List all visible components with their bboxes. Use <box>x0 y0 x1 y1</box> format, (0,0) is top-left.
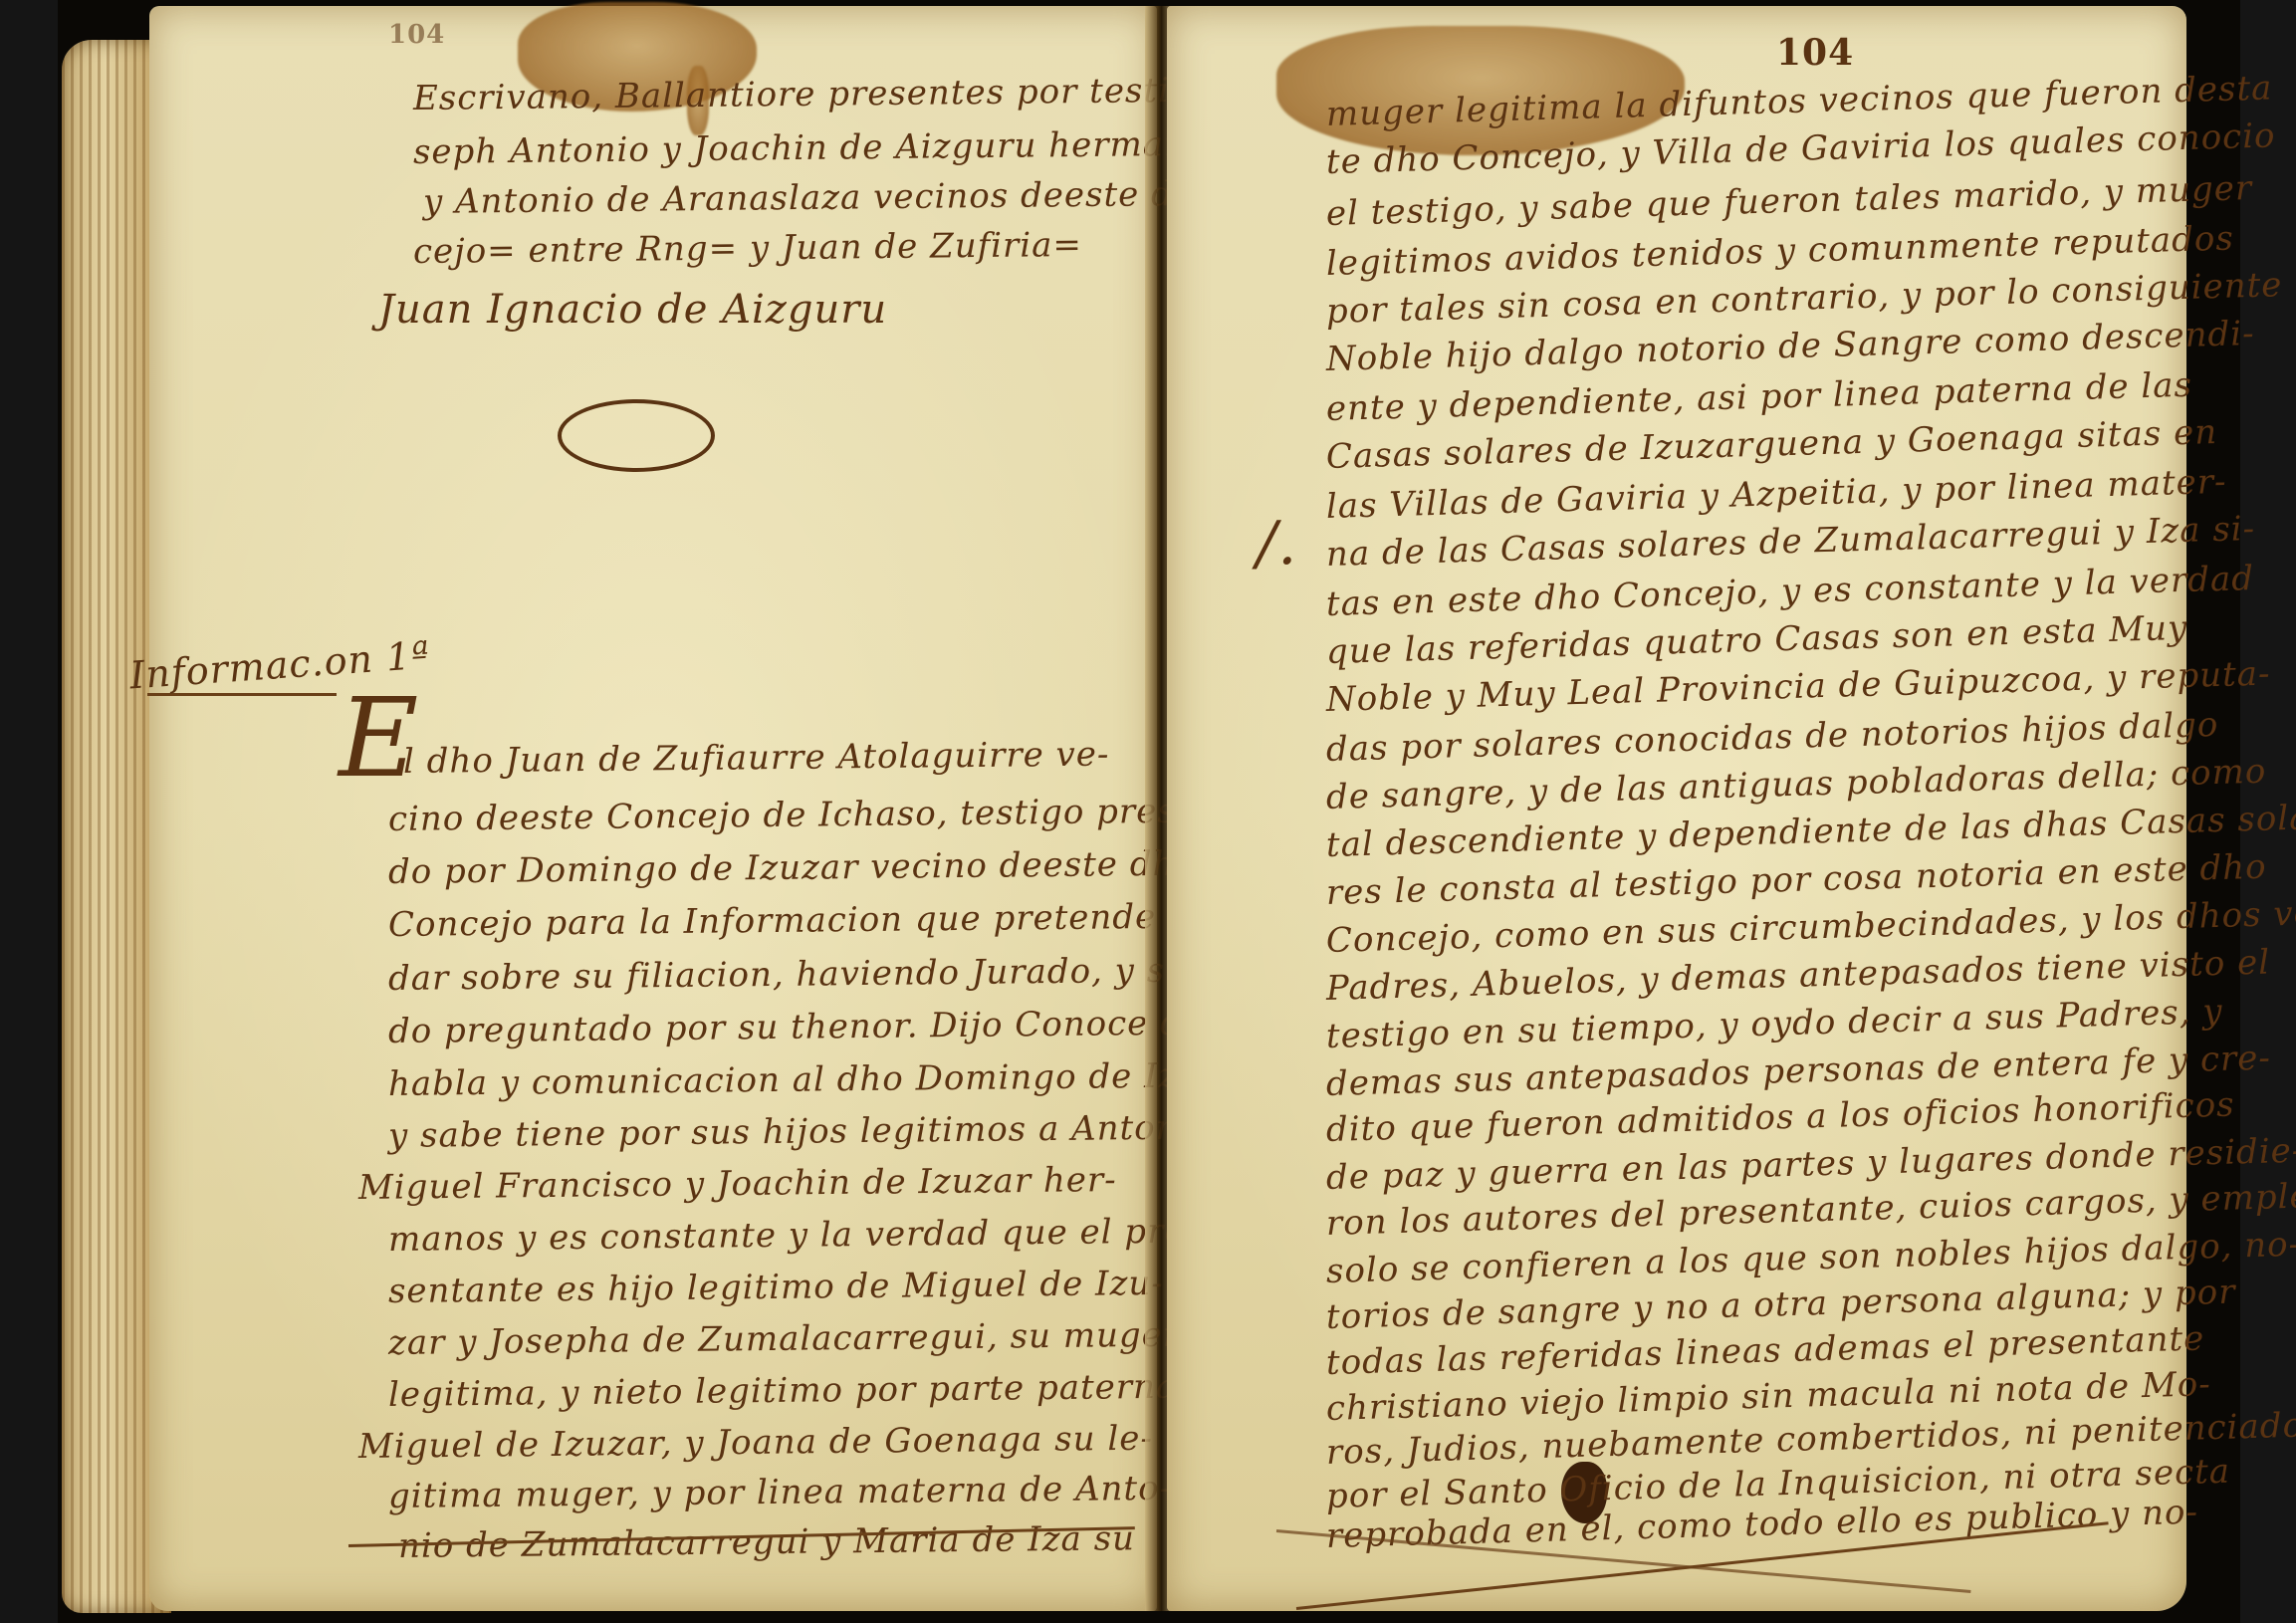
text-line: gitima muger, y por linea materna de Ant… <box>388 1472 1172 1513</box>
text-line: manos y es constante y la verdad que el … <box>388 1214 1198 1257</box>
text-line: do por Domingo de Izuzar vecino deeste d… <box>388 846 1197 889</box>
text-line: seph Antonio y Joachin de Aizguru herman… <box>413 126 1227 169</box>
text-line: Miguel de Izuzar, y Joana de Goenaga su … <box>358 1422 1153 1464</box>
text-line: l dho Juan de Zufiaurre Atolaguirre ve- <box>403 738 1110 779</box>
corner-folio-mark: 104 <box>388 20 445 50</box>
text-line: Miguel Francisco y Joachin de Izuzar her… <box>358 1163 1117 1205</box>
text-line: sentante es hijo legitimo de Miguel de I… <box>388 1267 1164 1308</box>
text-line: cino deeste Concejo de Ichaso, testigo p… <box>388 794 1268 836</box>
text-line: habla y comunicacion al dho Domingo de I… <box>388 1058 1258 1101</box>
text-line: y sabe tiene por sus hijos legitimos a A… <box>388 1110 1212 1153</box>
margin-mark: /. <box>1257 509 1297 579</box>
text-line: cejo= entre Rng= y Juan de Zufiria= <box>413 228 1082 269</box>
text-line: dar sobre su filiacion, haviendo Jurado,… <box>388 953 1234 996</box>
text-line: legitima, y nieto legitimo por parte pat… <box>388 1369 1233 1412</box>
text-line: Concejo para la Informacion que pretende <box>388 900 1157 942</box>
left-page: 104 Escrivano, Ballantiore presentes por… <box>149 6 1157 1611</box>
text-line: zar y Josepha de Zumalacarregui, su muge… <box>388 1318 1180 1360</box>
signature: Juan Ignacio de Aizguru <box>378 287 887 333</box>
signature-flourish <box>558 399 715 472</box>
right-page: 104 /. muger legitima la difuntos vecino… <box>1167 6 2186 1611</box>
folio-number: 104 <box>1776 32 1854 74</box>
